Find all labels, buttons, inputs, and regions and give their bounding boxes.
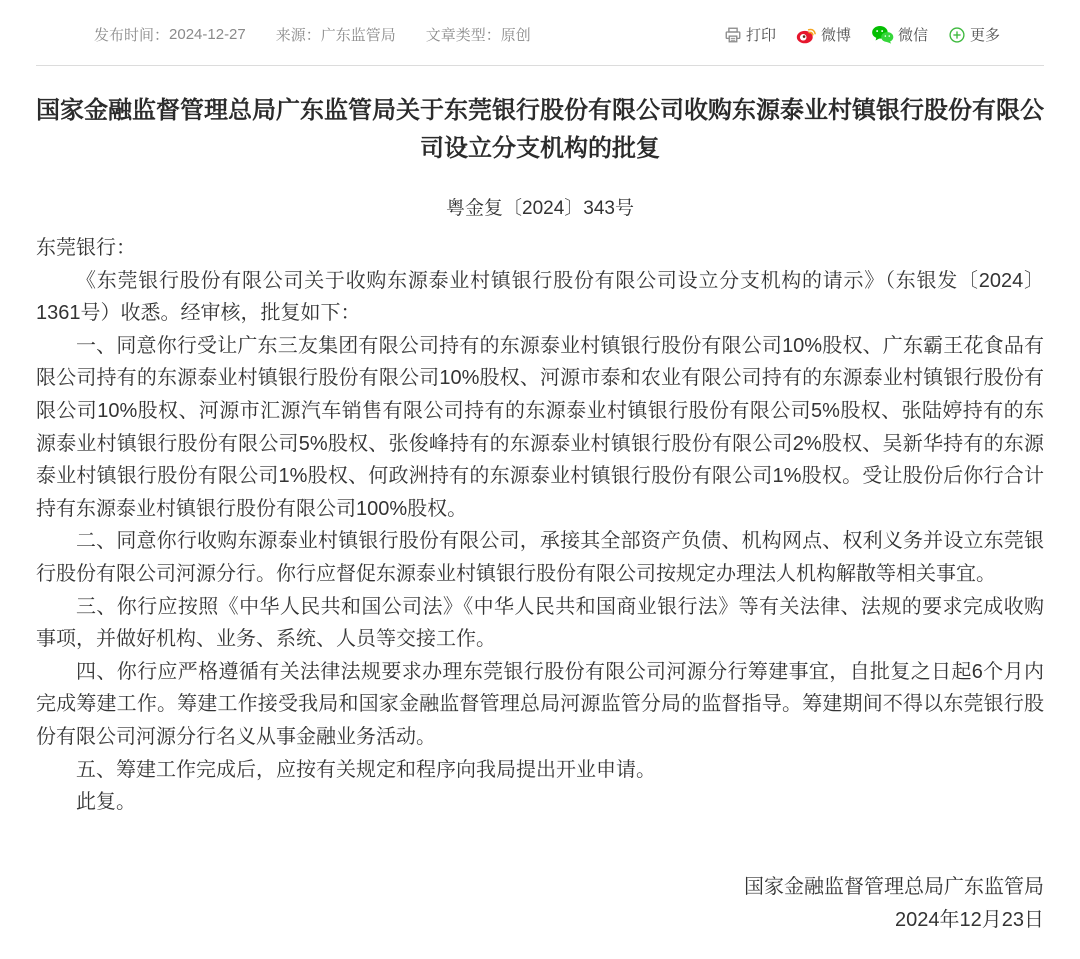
issue-date: 2024年12月23日 [36, 904, 1044, 937]
article-body: 东莞银行： 《东莞银行股份有限公司关于收购东源泰业村镇银行股份有限公司设立分支机… [36, 232, 1044, 819]
document-number: 粤金复〔2024〕343号 [36, 196, 1044, 222]
body-paragraph: 二、同意你行收购东源泰业村镇银行股份有限公司，承接其全部资产负债、机构网点、权利… [36, 525, 1044, 590]
article-meta-bar: 发布时间： 2024-12-27 来源： 广东监管局 文章类型： 原创 打印 [36, 0, 1044, 66]
more-label: 更多 [970, 24, 1000, 45]
publish-time-value: 2024-12-27 [169, 26, 246, 43]
signature-block: 国家金融监督管理总局广东监管局 2024年12月23日 [36, 871, 1044, 959]
wechat-icon [871, 25, 894, 44]
source-label: 来源： [276, 24, 321, 45]
paragraph-list: 《东莞银行股份有限公司关于收购东源泰业村镇银行股份有限公司设立分支机构的请示》（… [36, 265, 1044, 819]
salutation: 东莞银行： [36, 232, 1044, 265]
weibo-share-button[interactable]: 微博 [796, 24, 851, 45]
body-paragraph: 此复。 [36, 786, 1044, 819]
wechat-label: 微信 [898, 24, 928, 45]
weibo-label: 微博 [821, 24, 851, 45]
source: 来源： 广东监管局 [276, 24, 396, 45]
print-label: 打印 [746, 24, 776, 45]
body-paragraph: 《东莞银行股份有限公司关于收购东源泰业村镇银行股份有限公司设立分支机构的请示》（… [36, 265, 1044, 330]
printer-icon [724, 26, 742, 44]
article-type-label: 文章类型： [426, 24, 501, 45]
body-paragraph: 五、筹建工作完成后，应按有关规定和程序向我局提出开业申请。 [36, 754, 1044, 787]
publish-time: 发布时间： 2024-12-27 [94, 24, 246, 45]
issuing-authority: 国家金融监督管理总局广东监管局 [36, 871, 1044, 904]
source-value: 广东监管局 [321, 24, 396, 45]
body-paragraph: 四、你行应严格遵循有关法律法规要求办理东莞银行股份有限公司河源分行筹建事宜，自批… [36, 656, 1044, 754]
article-type-value: 原创 [501, 24, 531, 45]
weibo-icon [796, 25, 817, 44]
publish-time-label: 发布时间： [94, 24, 169, 45]
more-share-button[interactable]: 更多 [948, 24, 1000, 45]
body-paragraph: 一、同意你行受让广东三友集团有限公司持有的东源泰业村镇银行股份有限公司10%股权… [36, 330, 1044, 526]
share-actions: 打印 微博 [724, 24, 1044, 45]
wechat-share-button[interactable]: 微信 [871, 24, 928, 45]
print-button[interactable]: 打印 [724, 24, 776, 45]
page-title: 国家金融监督管理总局广东监管局关于东莞银行股份有限公司收购东源泰业村镇银行股份有… [36, 92, 1044, 168]
plus-circle-icon [948, 26, 966, 44]
meta-group: 发布时间： 2024-12-27 来源： 广东监管局 文章类型： 原创 [36, 24, 531, 45]
article-type: 文章类型： 原创 [426, 24, 531, 45]
body-paragraph: 三、你行应按照《中华人民共和国公司法》《中华人民共和国商业银行法》等有关法律、法… [36, 591, 1044, 656]
